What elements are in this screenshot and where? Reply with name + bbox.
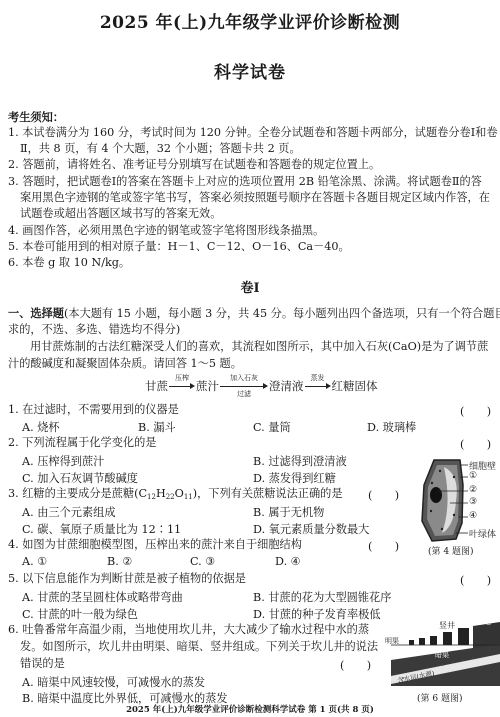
label-shaft: 竖井	[439, 620, 455, 631]
page-footer: 2025 年(上)九年级学业评价诊断检测科学试卷 第 1 页(共 8 页)	[0, 703, 500, 715]
label-4: ④	[469, 511, 477, 521]
option: C. 甘蔗的叶一般为绿色	[22, 606, 138, 622]
part-heading-line: 一、选择题(本大题有 15 小题，每小题 3 分，共 45 分。每小题列出四个备…	[8, 306, 500, 321]
label-open-channel: 明渠	[385, 636, 399, 646]
subscript: 11	[184, 493, 193, 501]
answer-blank[interactable]: ( )	[460, 572, 491, 588]
option: C. 加入石灰调节酸碱度	[22, 470, 138, 486]
intro-text: 用甘蔗炼制的古法红糖深受人们的喜欢，其流程如图所示，其中加入石灰(CaO)是为了…	[30, 340, 488, 354]
question-6-stem-cont: 错误的是	[20, 657, 65, 671]
option: C. 量筒	[253, 419, 291, 435]
notice-item: 3. 答题时，把试题卷Ⅰ的答案在答题卡上对应的选项位置用 2B 铅笔涂黑、涂满。…	[8, 175, 482, 189]
part-desc: (本大题有 15 小题，每小题 3 分，共 45 分。每小题列出四个备选项，只有…	[64, 307, 500, 320]
stem-text: H	[156, 487, 166, 500]
option: A. 由三个元素组成	[22, 504, 116, 520]
arrow-label: 蒸发	[305, 373, 331, 383]
subscript: 12	[147, 493, 156, 501]
flow-node: 澄清液	[269, 378, 304, 394]
notice-item: 试题卷或超出答题区域书写的答案无效。	[20, 207, 221, 221]
flow-node: 甘蔗	[145, 378, 168, 394]
question-6-stem-cont: 发。如图所示，坎儿井由明渠、暗渠、竖井组成。下列关于坎儿井的说法	[20, 640, 378, 654]
flow-arrow: 加入石灰 过滤	[220, 379, 268, 393]
arrow-label: 过滤	[220, 389, 268, 399]
option: B. 属于无机物	[253, 504, 324, 520]
section-title: 卷Ⅰ	[0, 282, 500, 296]
question-4-stem: 4. 如图为甘蔗细胞模型图，压榨出来的蔗汁来自于细胞结构	[8, 538, 302, 552]
answer-blank[interactable]: ( )	[460, 436, 491, 452]
part-heading: 一、选择题	[8, 306, 64, 320]
flow-arrow: 蒸发	[305, 379, 331, 393]
label-1: ①	[469, 471, 477, 481]
option: A. 压榨得到蔗汁	[22, 453, 104, 469]
option: A. 烧杯	[22, 419, 60, 435]
option: B. 过滤得到澄清液	[253, 453, 347, 469]
option: D. ④	[275, 555, 301, 568]
option: D. 蒸发得到红糖	[253, 470, 336, 486]
label-mountain: 山地	[475, 616, 491, 627]
stem-text: 3. 红糖的主要成分是蔗糖(C	[8, 487, 147, 500]
flow-arrow: 压榨	[169, 379, 195, 393]
label-chloroplast: 叶绿体	[469, 527, 496, 540]
question-6-stem: 6. 吐鲁番常年高温少雨，当地使用坎儿井，大大减少了输水过程中水的蒸	[8, 623, 369, 637]
option: C. 碳、氧原子质量比为 12∶11	[22, 521, 181, 537]
question-3-stem: 3. 红糖的主要成分是蔗糖(C12H22O11)，下列有关蔗糖说法正确的是	[8, 487, 343, 504]
question-1-stem: 1. 在过滤时，不需要用到的仪器是	[8, 403, 179, 417]
flow-node: 蔗汁	[196, 378, 219, 394]
option: B. 甘蔗的花为大型圆锥花序	[253, 589, 391, 605]
subscript: 22	[166, 493, 175, 501]
label-3: ③	[469, 497, 477, 507]
arrow-label: 压榨	[169, 373, 195, 383]
option: A. 甘蔗的茎呈圆柱体或略带弯曲	[22, 589, 183, 605]
option: A. ①	[22, 555, 47, 568]
notice-item: 2. 答题前，请将姓名、准考证号分别填写在试题卷和答题卷的规定位置上。	[8, 158, 380, 172]
process-flow-diagram: 甘蔗 压榨 蔗汁 加入石灰 过滤 澄清液 蒸发 红糖固体	[145, 378, 378, 394]
notice-item: Ⅱ，共 8 页，有 4 个大题，32 个小题；答题卡共 2 页。	[20, 142, 301, 156]
figure-4-caption: (第 4 题图)	[428, 544, 473, 557]
notice-item: 1. 本试卷满分为 160 分，考试时间为 120 分钟。全卷分试题卷和答题卡两…	[8, 126, 498, 140]
part-desc-cont: 求的，不选、多选、错选均不得分)	[8, 323, 180, 337]
question-2-stem: 2. 下列流程属于化学变化的是	[8, 436, 156, 450]
exam-title: 2025 年(上)九年级学业评价诊断检测	[0, 8, 500, 33]
notice-item: 5. 本卷可能用到的相对原子量：H－1、C－12、O－16、Ca－40。	[8, 240, 350, 254]
answer-blank[interactable]: ( )	[460, 403, 491, 419]
notice-item: 4. 画图作答，必须用黑色字迹的钢笔或签字笔将图形线条描黑。	[8, 224, 324, 238]
option: B. 漏斗	[138, 419, 176, 435]
option: B. ②	[107, 555, 132, 568]
option: D. 玻璃棒	[367, 419, 416, 435]
notice-item: 6. 本卷 g 取 10 N/kg。	[8, 256, 130, 270]
arrow-head-icon	[190, 383, 195, 389]
option: D. 氧元素质量分数最大	[253, 521, 369, 537]
figure-4-plant-cell: 细胞壁 ① ② ③ ④ 叶绿体 (第 4 题图)	[418, 455, 500, 555]
option: A. 暗渠中风速较慢，可减慢水的蒸发	[22, 674, 205, 690]
answer-blank[interactable]: ( )	[368, 538, 399, 554]
arrow-label: 加入石灰	[220, 373, 268, 383]
label-2: ②	[469, 485, 477, 495]
question-5-stem: 5. 以下信息能作为判断甘蔗是被子植物的依据是	[8, 572, 246, 586]
answer-blank[interactable]: ( )	[368, 487, 399, 503]
intro-text-cont: 汁的酸碱度和凝聚固体杂质。请回答 1～5 题。	[8, 357, 242, 371]
label-underground-channel: 暗渠	[435, 650, 449, 660]
notice-item: 案用黑色字迹钢的笔或签字笔书写，答案必须按照题号顺序在答题卡各题目规定区域内作答…	[20, 191, 490, 205]
option: C. ③	[190, 555, 215, 568]
figure-6-karez-well: 竖井 山地 明渠 暗渠 含水层(水源) (第 6 题图)	[383, 618, 500, 703]
flow-node: 红糖固体	[332, 378, 378, 394]
stem-text: )，下列有关蔗糖说法正确的是	[193, 487, 343, 500]
exam-page: 2025 年(上)九年级学业评价诊断检测 科学试卷 考生须知： 1. 本试卷满分…	[0, 0, 500, 717]
answer-blank[interactable]: ( )	[340, 657, 371, 673]
stem-text: O	[175, 487, 184, 500]
option: D. 甘蔗的种子发育率极低	[253, 606, 381, 622]
arrow-head-icon	[326, 383, 331, 389]
exam-subtitle: 科学试卷	[0, 58, 500, 83]
notice-heading: 考生须知：	[8, 110, 64, 124]
